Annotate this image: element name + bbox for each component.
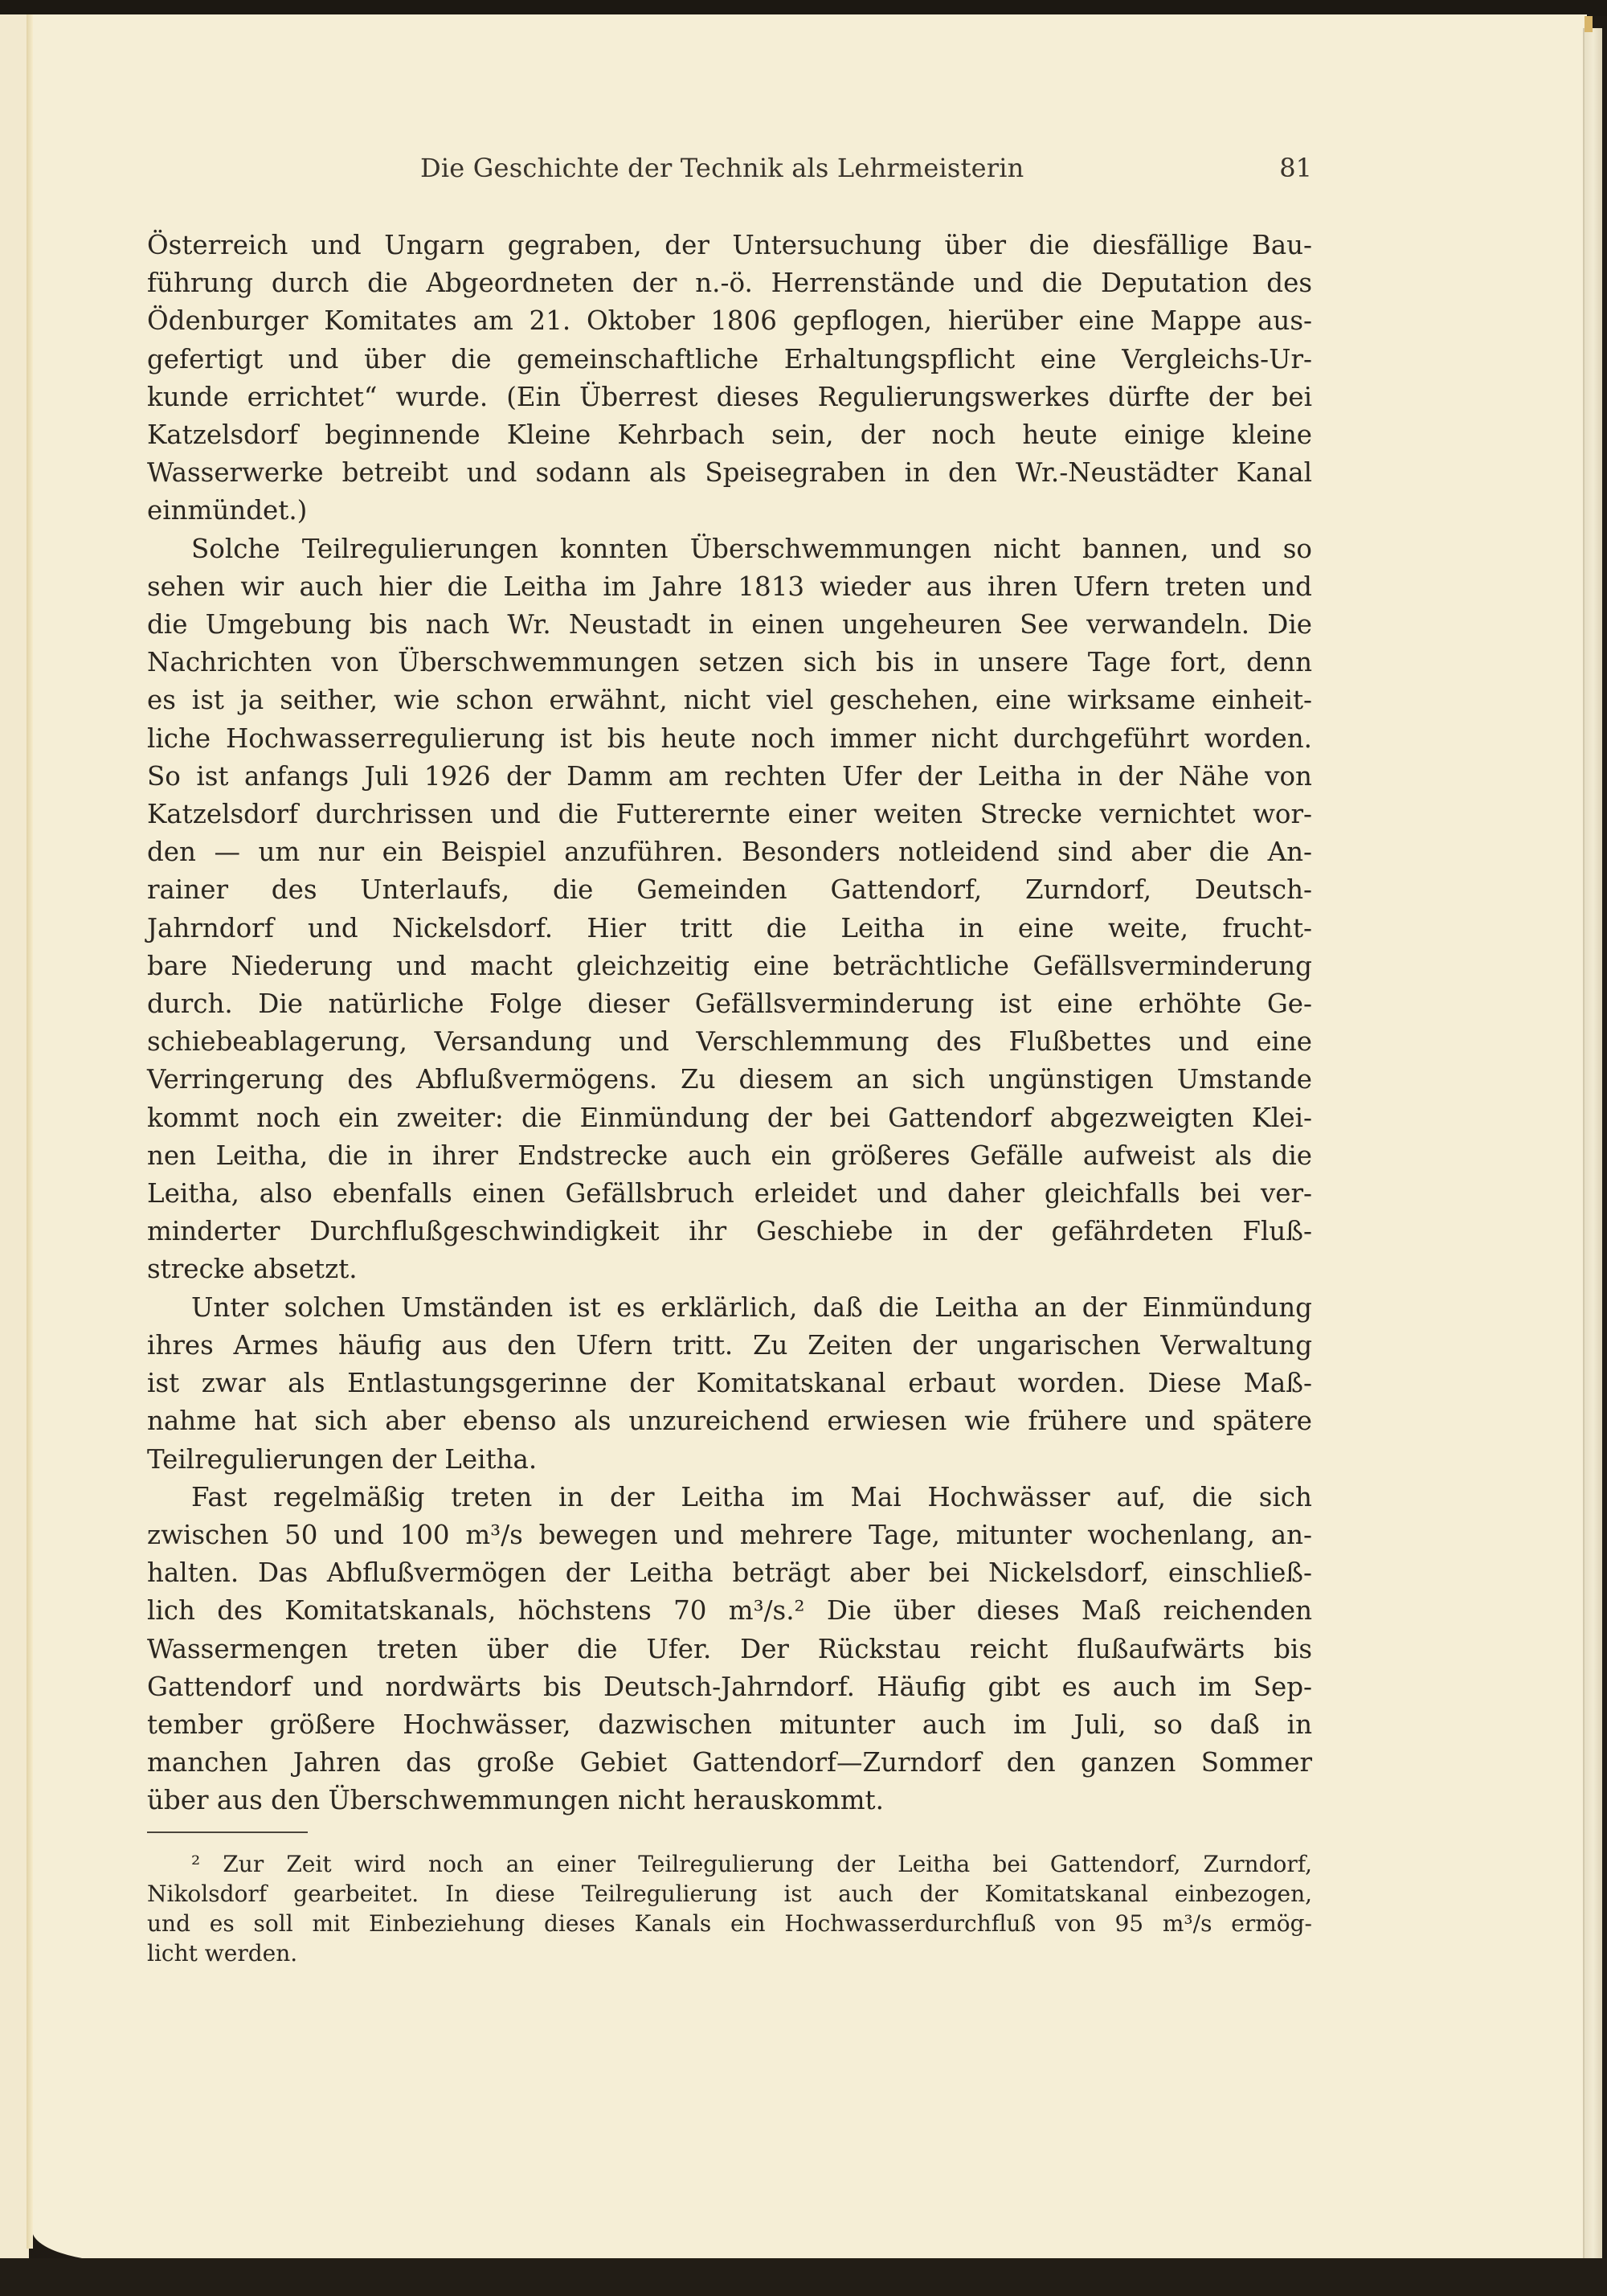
text-line: schiebeablagerung, Versandung und Versch… xyxy=(147,1023,1312,1061)
text-line: Jahrndorf und Nickelsdorf. Hier tritt di… xyxy=(147,910,1312,947)
paragraph: Österreich und Ungarn gegraben, der Unte… xyxy=(147,227,1312,530)
page-corner-mark xyxy=(1585,16,1593,32)
text-line: halten. Das Abflußvermögen der Leitha be… xyxy=(147,1554,1312,1592)
text-line: liche Hochwasserregulierung ist bis heut… xyxy=(147,720,1312,758)
text-line: Verringerung des Abflußvermögens. Zu die… xyxy=(147,1061,1312,1099)
footnote-divider xyxy=(147,1831,308,1833)
text-line: Ödenburger Komitates am 21. Oktober 1806… xyxy=(147,302,1312,340)
text-line: nahme hat sich aber ebenso als unzureich… xyxy=(147,1402,1312,1440)
footnote-line: Nikolsdorf gearbeitet. In diese Teilregu… xyxy=(147,1879,1312,1909)
text-line: kunde errichtet“ wurde. (Ein Überrest di… xyxy=(147,379,1312,416)
page-content: Die Geschichte der Technik als Lehrmeist… xyxy=(147,153,1312,1968)
text-line: sehen wir auch hier die Leitha im Jahre … xyxy=(147,568,1312,606)
text-line: tember größere Hochwässer, dazwischen mi… xyxy=(147,1706,1312,1744)
text-line: rainer des Unterlaufs, die Gemeinden Gat… xyxy=(147,871,1312,909)
text-line: über aus den Überschwemmungen nicht hera… xyxy=(147,1782,1312,1819)
text-line: Wassermengen treten über die Ufer. Der R… xyxy=(147,1631,1312,1668)
text-line: nen Leitha, die in ihrer Endstrecke auch… xyxy=(147,1137,1312,1175)
text-line: Teilregulierungen der Leitha. xyxy=(147,1441,1312,1479)
paragraph: Unter solchen Umständen ist es erklärlic… xyxy=(147,1289,1312,1479)
text-line: Wasserwerke betreibt und sodann als Spei… xyxy=(147,454,1312,492)
book-gutter xyxy=(27,14,33,2249)
running-header: Die Geschichte der Technik als Lehrmeist… xyxy=(147,153,1312,193)
text-line: die Umgebung bis nach Wr. Neustadt in ei… xyxy=(147,606,1312,644)
text-line: es ist ja seither, wie schon erwähnt, ni… xyxy=(147,681,1312,719)
paragraph: Solche Teilregulierungen konnten Übersch… xyxy=(147,530,1312,1289)
text-line: ist zwar als Entlastungsgerinne der Komi… xyxy=(147,1365,1312,1402)
paragraph: Fast regelmäßig treten in der Leitha im … xyxy=(147,1479,1312,1820)
text-line: gefertigt und über die gemeinschaftliche… xyxy=(147,341,1312,379)
scan-border-top xyxy=(0,0,1607,16)
text-line: den — um nur ein Beispiel anzuführen. Be… xyxy=(147,833,1312,871)
footnote-line: ² Zur Zeit wird noch an einer Teilreguli… xyxy=(147,1849,1312,1879)
text-line: ihres Armes häufig aus den Ufern tritt. … xyxy=(147,1327,1312,1365)
text-line: Österreich und Ungarn gegraben, der Unte… xyxy=(147,227,1312,264)
text-line: einmündet.) xyxy=(147,492,1312,530)
text-line: führung durch die Abgeordneten der n.-ö.… xyxy=(147,264,1312,302)
text-line: Fast regelmäßig treten in der Leitha im … xyxy=(147,1479,1312,1516)
body-text: Österreich und Ungarn gegraben, der Unte… xyxy=(147,227,1312,1820)
text-line: bare Niederung und macht gleichzeitig ei… xyxy=(147,947,1312,985)
running-title: Die Geschichte der Technik als Lehrmeist… xyxy=(420,153,1024,183)
footnote-line: und es soll mit Einbeziehung dieses Kana… xyxy=(147,1909,1312,1938)
text-line: Gattendorf und nordwärts bis Deutsch-Jah… xyxy=(147,1668,1312,1706)
page-number: 81 xyxy=(1279,153,1312,183)
scan-border-bottom xyxy=(0,2258,1607,2296)
text-line: lich des Komitatskanals, höchstens 70 m³… xyxy=(147,1592,1312,1630)
facing-page-edge xyxy=(0,14,29,2265)
text-line: Nachrichten von Überschwemmungen setzen … xyxy=(147,644,1312,681)
text-line: manchen Jahren das große Gebiet Gattendo… xyxy=(147,1744,1312,1782)
text-line: Leitha, also ebenfalls einen Gefällsbruc… xyxy=(147,1175,1312,1213)
text-line: Unter solchen Umständen ist es erklärlic… xyxy=(147,1289,1312,1327)
text-line: durch. Die natürliche Folge dieser Gefäl… xyxy=(147,985,1312,1023)
text-line: kommt noch ein zweiter: die Einmündung d… xyxy=(147,1099,1312,1137)
footnote: ² Zur Zeit wird noch an einer Teilreguli… xyxy=(147,1849,1312,1968)
text-line: Katzelsdorf durchrissen und die Futterer… xyxy=(147,796,1312,833)
text-line: strecke absetzt. xyxy=(147,1250,1312,1288)
text-line: So ist anfangs Juli 1926 der Damm am rec… xyxy=(147,758,1312,796)
text-line: minderter Durchflußgeschwindigkeit ihr G… xyxy=(147,1213,1312,1250)
text-line: zwischen 50 und 100 m³/s bewegen und meh… xyxy=(147,1516,1312,1554)
text-line: Katzelsdorf beginnende Kleine Kehrbach s… xyxy=(147,416,1312,454)
text-line: Solche Teilregulierungen konnten Übersch… xyxy=(147,530,1312,568)
footnote-line: licht werden. xyxy=(147,1938,1312,1968)
page-stack-edge xyxy=(1583,28,1602,2258)
